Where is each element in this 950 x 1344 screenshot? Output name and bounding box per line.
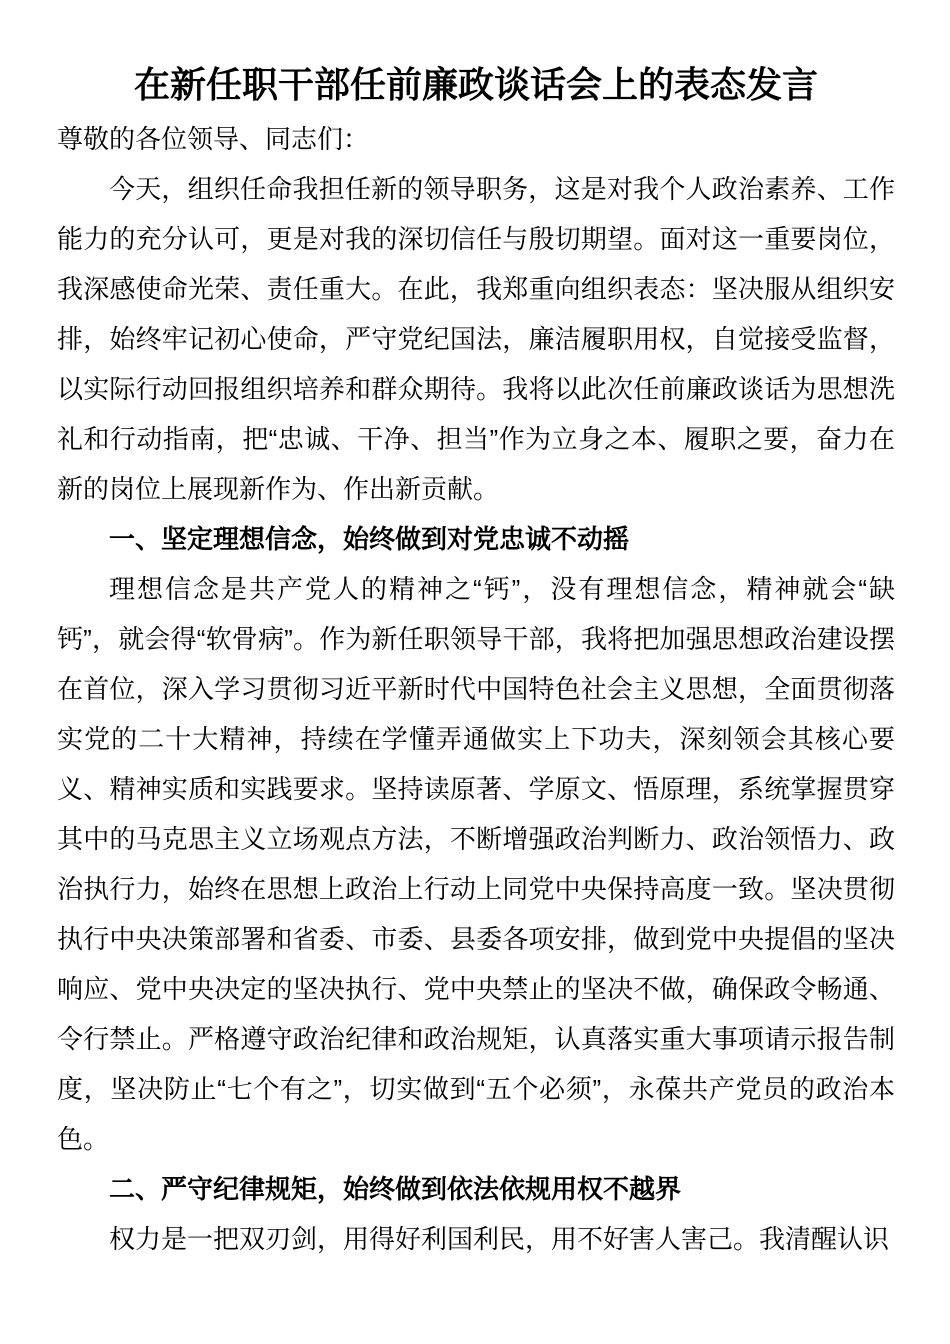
section-1-heading: 一、坚定理想信念，始终做到对党忠诚不动摇 [57, 514, 895, 564]
salutation-line: 尊敬的各位领导、同志们： [57, 114, 895, 164]
section-2-heading: 二、严守纪律规矩，始终做到依法依规用权不越界 [57, 1164, 895, 1214]
document-page: 在新任职干部任前廉政谈话会上的表态发言 尊敬的各位领导、同志们： 今天，组织任命… [0, 0, 950, 1344]
section-1-paragraph: 理想信念是共产党人的精神之“钙”，没有理想信念，精神就会“缺钙”，就会得“软骨病… [57, 564, 895, 1164]
document-title: 在新任职干部任前廉政谈话会上的表态发言 [57, 56, 895, 114]
section-2-paragraph: 权力是一把双刃剑，用得好利国利民，用不好害人害己。我清醒认识 [57, 1214, 895, 1264]
intro-paragraph: 今天，组织任命我担任新的领导职务，这是对我个人政治素养、工作能力的充分认可，更是… [57, 164, 895, 514]
